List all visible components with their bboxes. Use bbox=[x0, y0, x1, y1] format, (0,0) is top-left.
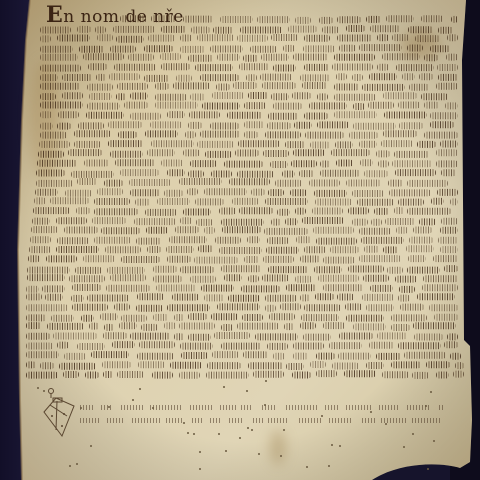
speckle bbox=[108, 406, 110, 408]
text-line bbox=[40, 93, 458, 100]
text-line bbox=[32, 218, 458, 225]
text-line bbox=[26, 285, 458, 292]
text-line bbox=[40, 35, 458, 42]
text-line bbox=[40, 54, 458, 61]
notary-signum-icon bbox=[36, 386, 82, 442]
text-line bbox=[26, 371, 464, 378]
text-line bbox=[33, 208, 458, 215]
text-line bbox=[40, 64, 458, 71]
text-line bbox=[26, 323, 458, 330]
text-line bbox=[29, 246, 458, 253]
text-line bbox=[26, 342, 458, 349]
speckle bbox=[370, 411, 372, 413]
text-line bbox=[35, 189, 458, 196]
text-line bbox=[40, 74, 458, 81]
speckle bbox=[264, 404, 266, 406]
text-line bbox=[40, 26, 458, 33]
speckle bbox=[412, 433, 414, 435]
text-line bbox=[40, 83, 458, 90]
text-line bbox=[26, 314, 458, 321]
text-line bbox=[26, 294, 458, 301]
text-line bbox=[34, 198, 458, 205]
text-line bbox=[27, 275, 459, 282]
text-line bbox=[36, 179, 459, 186]
text-line bbox=[26, 352, 464, 359]
text-line bbox=[38, 150, 458, 157]
text-line bbox=[30, 237, 458, 244]
text-line bbox=[39, 141, 458, 148]
text-line bbox=[31, 227, 458, 234]
text-line bbox=[40, 122, 458, 129]
speckle bbox=[139, 388, 141, 390]
speckle bbox=[80, 407, 82, 409]
text-line bbox=[28, 256, 458, 263]
speckle bbox=[433, 440, 435, 442]
text-line bbox=[26, 333, 458, 340]
text-line bbox=[40, 45, 458, 52]
speckle bbox=[187, 432, 189, 434]
text-line bbox=[26, 304, 458, 311]
speckle bbox=[199, 468, 201, 470]
speckle bbox=[427, 468, 429, 470]
text-line bbox=[120, 16, 458, 23]
speckle bbox=[183, 422, 185, 424]
document-viewer: EEn nom de nře s[enyo]rn nom de nře bbox=[0, 0, 480, 480]
closing-text-line bbox=[80, 405, 445, 410]
text-line bbox=[26, 362, 464, 369]
text-line bbox=[40, 112, 458, 119]
speckle bbox=[306, 466, 308, 468]
text-line bbox=[27, 266, 458, 273]
text-line bbox=[37, 160, 458, 167]
text-line bbox=[40, 131, 458, 138]
text-line bbox=[40, 102, 458, 109]
stain bbox=[270, 430, 286, 465]
speckle bbox=[385, 423, 387, 425]
text-line bbox=[36, 170, 458, 177]
speckle bbox=[258, 453, 260, 455]
